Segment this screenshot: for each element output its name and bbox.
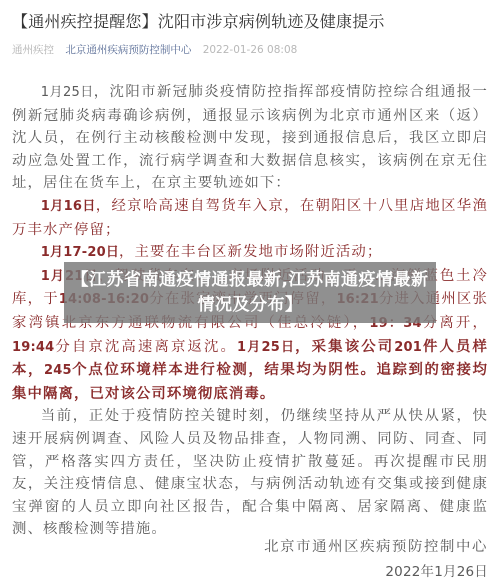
overlay-caption-text: 【江苏省南通疫情通报最新,江苏南通疫情最新情况及分布】 <box>70 268 430 318</box>
intro-text: ，沈阳市新冠肺炎疫情防控指挥部疫情防控综合组通报一例新冠肺炎病毒确诊病例，通报显… <box>12 84 488 191</box>
closing-text: 当前，正处于疫情防控关键时刻，仍继续坚持从严从快从紧，快速开展病例调查、风险人员… <box>12 408 488 537</box>
paragraph-closing: 当前，正处于疫情防控关键时刻，仍继续坚持从严从快从紧，快速开展病例调查、风险人员… <box>12 405 488 541</box>
jan17-20-date: 1月17-20日 <box>41 245 119 260</box>
jan16-date: 1月16日 <box>41 199 96 214</box>
signature-org: 北京市通州区疾病预防控制中心 <box>264 535 488 560</box>
intro-date: 1月25日 <box>41 85 94 100</box>
account-name-link[interactable]: 北京通州疾病预防控制中心 <box>65 44 191 56</box>
paragraph-jan16: 1月16日，经京哈高速自驾货车入京，在朝阳区十八里店地区华渔万丰水产停留； <box>12 195 488 241</box>
people-sample-count: 201 <box>394 340 422 355</box>
jan25-date: 1月25日 <box>237 340 295 355</box>
signature-block: 北京市通州区疾病预防控制中心 2022年1月26日 <box>264 535 488 584</box>
env-sample-count: 245 <box>44 363 72 378</box>
article-meta: 通州疾控 北京通州疾病预防控制中心 2022-01-26 08:08 <box>12 42 297 58</box>
overlay-caption-banner: 【江苏省南通疫情通报最新,江苏南通疫情最新情况及分布】 <box>64 262 436 323</box>
paragraph-intro: 1月25日，沈阳市新冠肺炎疫情防控指挥部疫情防控综合组通报一例新冠肺炎病毒确诊病… <box>12 81 488 195</box>
jan21-text-h: 个点位环境样本进行检测，结果均为阴性。追踪到的密接均集中隔离，已对该公司环境彻底… <box>12 361 488 402</box>
jan21-text-e: 分自京沈高速离京返沈。 <box>54 339 237 355</box>
article-title: 【通州疾控提醒您】沈阳市涉京病例轨迹及健康提示 <box>12 10 492 34</box>
jan17-20-text: ，主要在丰台区新发地市场附近活动； <box>119 244 382 260</box>
meta-source: 通州疾控 <box>12 44 54 56</box>
signature-date: 2022年1月26日 <box>264 560 488 585</box>
jan21-text-f: ，采集该公司 <box>295 338 394 355</box>
publish-datetime: 2022-01-26 08:08 <box>203 44 298 56</box>
jan21-time-d: 19:44 <box>12 340 54 355</box>
